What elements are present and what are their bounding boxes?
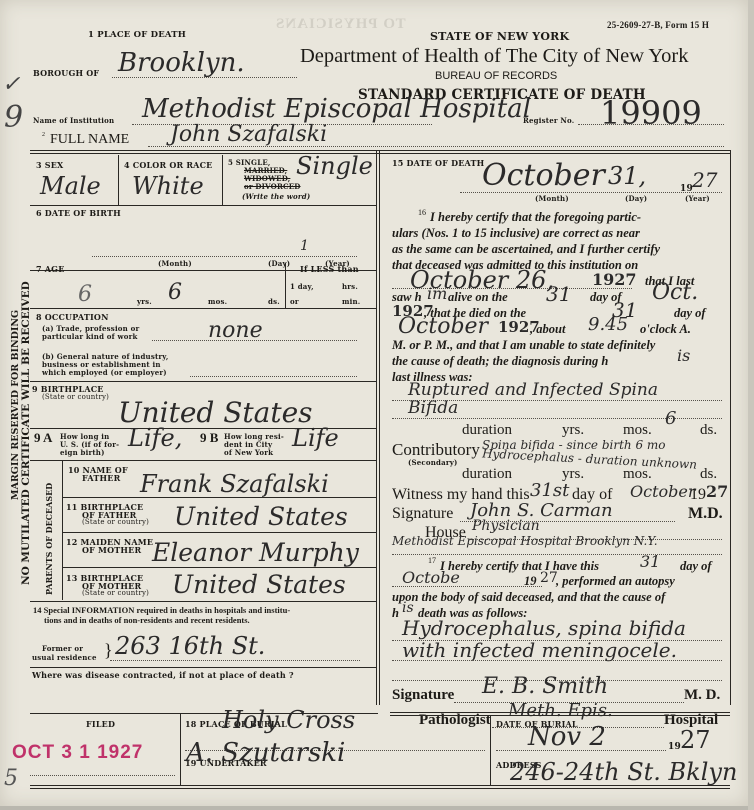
cert16-line1: I hereby certify that the foregoing part… bbox=[430, 210, 641, 225]
race-value: White bbox=[132, 172, 204, 200]
special-info-line1: 14 Special INFORMATION required in death… bbox=[33, 605, 290, 615]
disease-contracted-label: Where was disease contracted, if not at … bbox=[32, 670, 294, 680]
age-hrs-label: hrs. bbox=[342, 282, 358, 291]
residence-label-2: usual residence bbox=[32, 653, 97, 662]
pathologist-md: M. D. bbox=[684, 687, 720, 704]
witness-month-value: October bbox=[630, 482, 696, 501]
full-name-label: FULL NAME bbox=[50, 132, 129, 148]
death-year-value: 27 bbox=[692, 168, 717, 192]
death-year-caption: (Year) bbox=[685, 194, 710, 203]
witness-day-value: 31st bbox=[530, 480, 569, 501]
secondary-duration-ds: ds. bbox=[700, 466, 717, 483]
institution-value: Methodist Episcopal Hospital bbox=[142, 94, 531, 124]
contributory-label: Contributory bbox=[392, 440, 480, 460]
age-yrs-caption: yrs. bbox=[137, 297, 152, 306]
bleed-through-heading: TO PHYSICIANS bbox=[275, 16, 406, 33]
full-name-number: 2 bbox=[42, 132, 45, 138]
duration-label: duration bbox=[462, 422, 512, 439]
burial-place-value: Holy Cross bbox=[222, 706, 355, 734]
cert16-line10: the cause of death; the diagnosis during… bbox=[392, 354, 608, 369]
scan-edge bbox=[748, 0, 754, 810]
father-birthplace-value: United States bbox=[174, 502, 348, 531]
age-1day-label: 1 day, bbox=[290, 282, 314, 291]
cert17-number: 17 bbox=[428, 556, 436, 565]
secondary-duration-label: duration bbox=[462, 466, 512, 483]
father-label-2: FATHER bbox=[82, 473, 120, 483]
cert17-line2: , performed an autopsy bbox=[556, 574, 675, 589]
pathologist-signature: E. B. Smith bbox=[482, 674, 608, 699]
residence-value: 263 16th St. bbox=[115, 632, 265, 660]
undertaker-value: A. Szutarski bbox=[186, 738, 345, 768]
mother-birthplace-label-3: (State or country) bbox=[82, 589, 149, 597]
autopsy-year-prefix: 19 bbox=[524, 574, 537, 589]
marital-label-instruction: (Write the word) bbox=[242, 192, 310, 201]
cert17-line1b: day of bbox=[680, 559, 712, 574]
special-info-line2: tions and in deaths of non-residents and… bbox=[44, 615, 250, 625]
margin-mark: 5 bbox=[4, 766, 18, 791]
sex-value: Male bbox=[40, 172, 101, 200]
mother-label-2: OF MOTHER bbox=[82, 545, 141, 555]
pencil-check-mark: ✓ bbox=[2, 72, 20, 97]
cert16-line9: M. or P. M., and that I am unable to sta… bbox=[392, 338, 655, 353]
form-number: 25-2609-27-B, Form 15 H bbox=[607, 20, 709, 30]
died-time-value: 9.45 bbox=[588, 314, 628, 335]
cert16-number: 16 bbox=[418, 208, 426, 217]
place-of-death-label: 1 PLACE OF DEATH bbox=[88, 30, 186, 40]
age-mos-caption: mos. bbox=[208, 297, 227, 306]
pathologist-hospital-value: Meth. Epis. bbox=[508, 700, 613, 721]
cert16-line7c: day of bbox=[674, 306, 706, 321]
age-years-value: 6 bbox=[78, 282, 92, 307]
secondary-duration-mos: mos. bbox=[623, 466, 652, 483]
occupation-b-line3: which employed (or employer) bbox=[42, 368, 167, 377]
filed-label: FILED bbox=[86, 719, 115, 729]
filed-date-stamp: OCT 3 1 1927 bbox=[12, 742, 143, 764]
hospital-handwritten-line: Methodist Episcopal Hospital Brooklyn N.… bbox=[392, 534, 658, 548]
department-title: Department of Health of The City of New … bbox=[300, 45, 688, 68]
death-month-value: October bbox=[482, 158, 605, 193]
marital-value: Single bbox=[296, 152, 373, 180]
occupation-a-line2: particular kind of work bbox=[42, 332, 138, 341]
institution-label: Name of Institution bbox=[33, 116, 114, 125]
dob-month-caption: (Month) bbox=[158, 259, 192, 268]
cert16-diagnosis-pronoun: is bbox=[677, 346, 690, 365]
state-heading: STATE OF NEW YORK bbox=[430, 30, 569, 43]
cert17-line3: upon the body of said deceased, and that… bbox=[392, 590, 665, 605]
autopsy-month-value: Octobe bbox=[402, 568, 460, 587]
death-year-prefix: 19 bbox=[680, 184, 693, 194]
dob-label: 6 DATE OF BIRTH bbox=[36, 208, 121, 218]
died-month-value: October bbox=[398, 314, 488, 339]
secondary-label: (Secondary) bbox=[408, 458, 458, 467]
diagnosis-line1: Ruptured and Infected Spina bbox=[408, 380, 658, 400]
borough-value: Brooklyn. bbox=[118, 48, 245, 78]
autopsy-cause-line2: with infected meningocele. bbox=[402, 638, 677, 662]
dob-day-caption: (Day) bbox=[268, 259, 290, 268]
age-months-value: 6 bbox=[168, 280, 182, 305]
burial-year-prefix: 19 bbox=[668, 742, 681, 752]
how-long-city-tag: 9 B bbox=[200, 430, 218, 446]
occupation-a-value: none bbox=[208, 318, 263, 343]
how-long-us-line3: eign birth) bbox=[60, 448, 105, 457]
register-value: 19909 bbox=[600, 94, 702, 132]
how-long-us-tag: 9 A bbox=[34, 430, 52, 446]
parents-side-label: PARENTS OF DECEASED bbox=[44, 483, 54, 595]
age-or-label: or bbox=[290, 297, 299, 306]
marital-label-divorced: or DIVORCED bbox=[244, 182, 301, 191]
full-name-value: John Szafalski bbox=[170, 122, 327, 147]
dob-day-value: 1 bbox=[300, 238, 309, 254]
cert16-line3: as the same can be ascertained, and I fu… bbox=[392, 242, 660, 257]
pencil-mark-9: 9 bbox=[4, 100, 23, 135]
last-seen-day: 31 bbox=[546, 282, 571, 306]
cert16-pronoun: im bbox=[427, 284, 447, 303]
residence-brace: } bbox=[104, 640, 113, 661]
how-long-city-line3: of New York bbox=[224, 448, 273, 457]
death-certificate: TO PHYSICIANS ✓ 9 1 PLACE OF DEATH 25-26… bbox=[0, 0, 748, 806]
duration-yrs: yrs. bbox=[562, 422, 584, 439]
duration-mos-value: 6 bbox=[665, 408, 676, 429]
bureau-heading: BUREAU OF RECORDS bbox=[435, 70, 557, 82]
birthplace-sub-label: (State or country) bbox=[42, 393, 109, 401]
how-long-us-value: Life, bbox=[128, 424, 182, 452]
how-long-city-value: Life bbox=[292, 424, 339, 452]
cert17-line1a: I hereby certify that I have this bbox=[440, 559, 599, 574]
age-label: 7 AGE bbox=[36, 264, 65, 274]
cert16-line6c: alive on the bbox=[448, 290, 508, 305]
witness-year-prefix: 19 bbox=[690, 486, 706, 504]
margin-mutilated-notice: NO MUTILATED CERTIFICATE WILL BE RECEIVE… bbox=[20, 281, 32, 585]
burial-year-value: 27 bbox=[680, 726, 711, 754]
age-less-than-label: If LESS than bbox=[300, 264, 359, 274]
duration-ds: ds. bbox=[700, 422, 717, 439]
death-day-caption: (Day) bbox=[625, 194, 647, 203]
autopsy-day-value: 31 bbox=[640, 552, 660, 571]
cert17-pronoun: is bbox=[402, 600, 414, 616]
house-value: Physician bbox=[472, 518, 540, 534]
address-value: 246-24th St. Bklyn bbox=[510, 758, 737, 786]
borough-label: BOROUGH OF bbox=[33, 68, 99, 78]
signature-label: Signature bbox=[392, 505, 453, 523]
mother-name-value: Eleanor Murphy bbox=[152, 538, 359, 567]
age-ds-caption: ds. bbox=[268, 297, 280, 306]
cert17-line4a: h bbox=[392, 606, 399, 621]
father-name-value: Frank Szafalski bbox=[140, 470, 329, 498]
duration-mos: mos. bbox=[623, 422, 652, 439]
sex-label: 3 SEX bbox=[36, 160, 63, 170]
register-label: Register No. bbox=[523, 116, 574, 125]
death-month-caption: (Month) bbox=[535, 194, 569, 203]
witness-year-value: 27 bbox=[706, 482, 728, 501]
burial-date-value: Nov 2 bbox=[528, 722, 606, 752]
last-seen-month: Oct. bbox=[652, 280, 698, 305]
race-label: 4 COLOR OR RACE bbox=[124, 160, 212, 170]
age-min-label: min. bbox=[342, 297, 360, 306]
residence-label-1: Former or bbox=[42, 644, 83, 653]
father-birthplace-label-3: (State or country) bbox=[82, 518, 149, 526]
cert16-line8c: o'clock A. bbox=[640, 322, 691, 337]
physician-md: M.D. bbox=[688, 505, 723, 523]
diagnosis-line2: Bifida bbox=[408, 398, 458, 418]
date-of-death-label: 15 DATE OF DEATH bbox=[392, 158, 484, 168]
pathologist-signature-label: Signature bbox=[392, 687, 454, 704]
cert16-line2: ulars (Nos. 1 to 15 inclusive) are corre… bbox=[392, 226, 640, 241]
autopsy-cause-line1: Hydrocephalus, spina bifida bbox=[402, 616, 686, 640]
death-day-value: 31, bbox=[608, 162, 646, 190]
mother-birthplace-value: United States bbox=[172, 570, 346, 599]
occupation-label: 8 OCCUPATION bbox=[36, 312, 109, 322]
cert16-line8b: , about bbox=[530, 322, 565, 337]
admitted-year: 1927 bbox=[592, 270, 637, 289]
